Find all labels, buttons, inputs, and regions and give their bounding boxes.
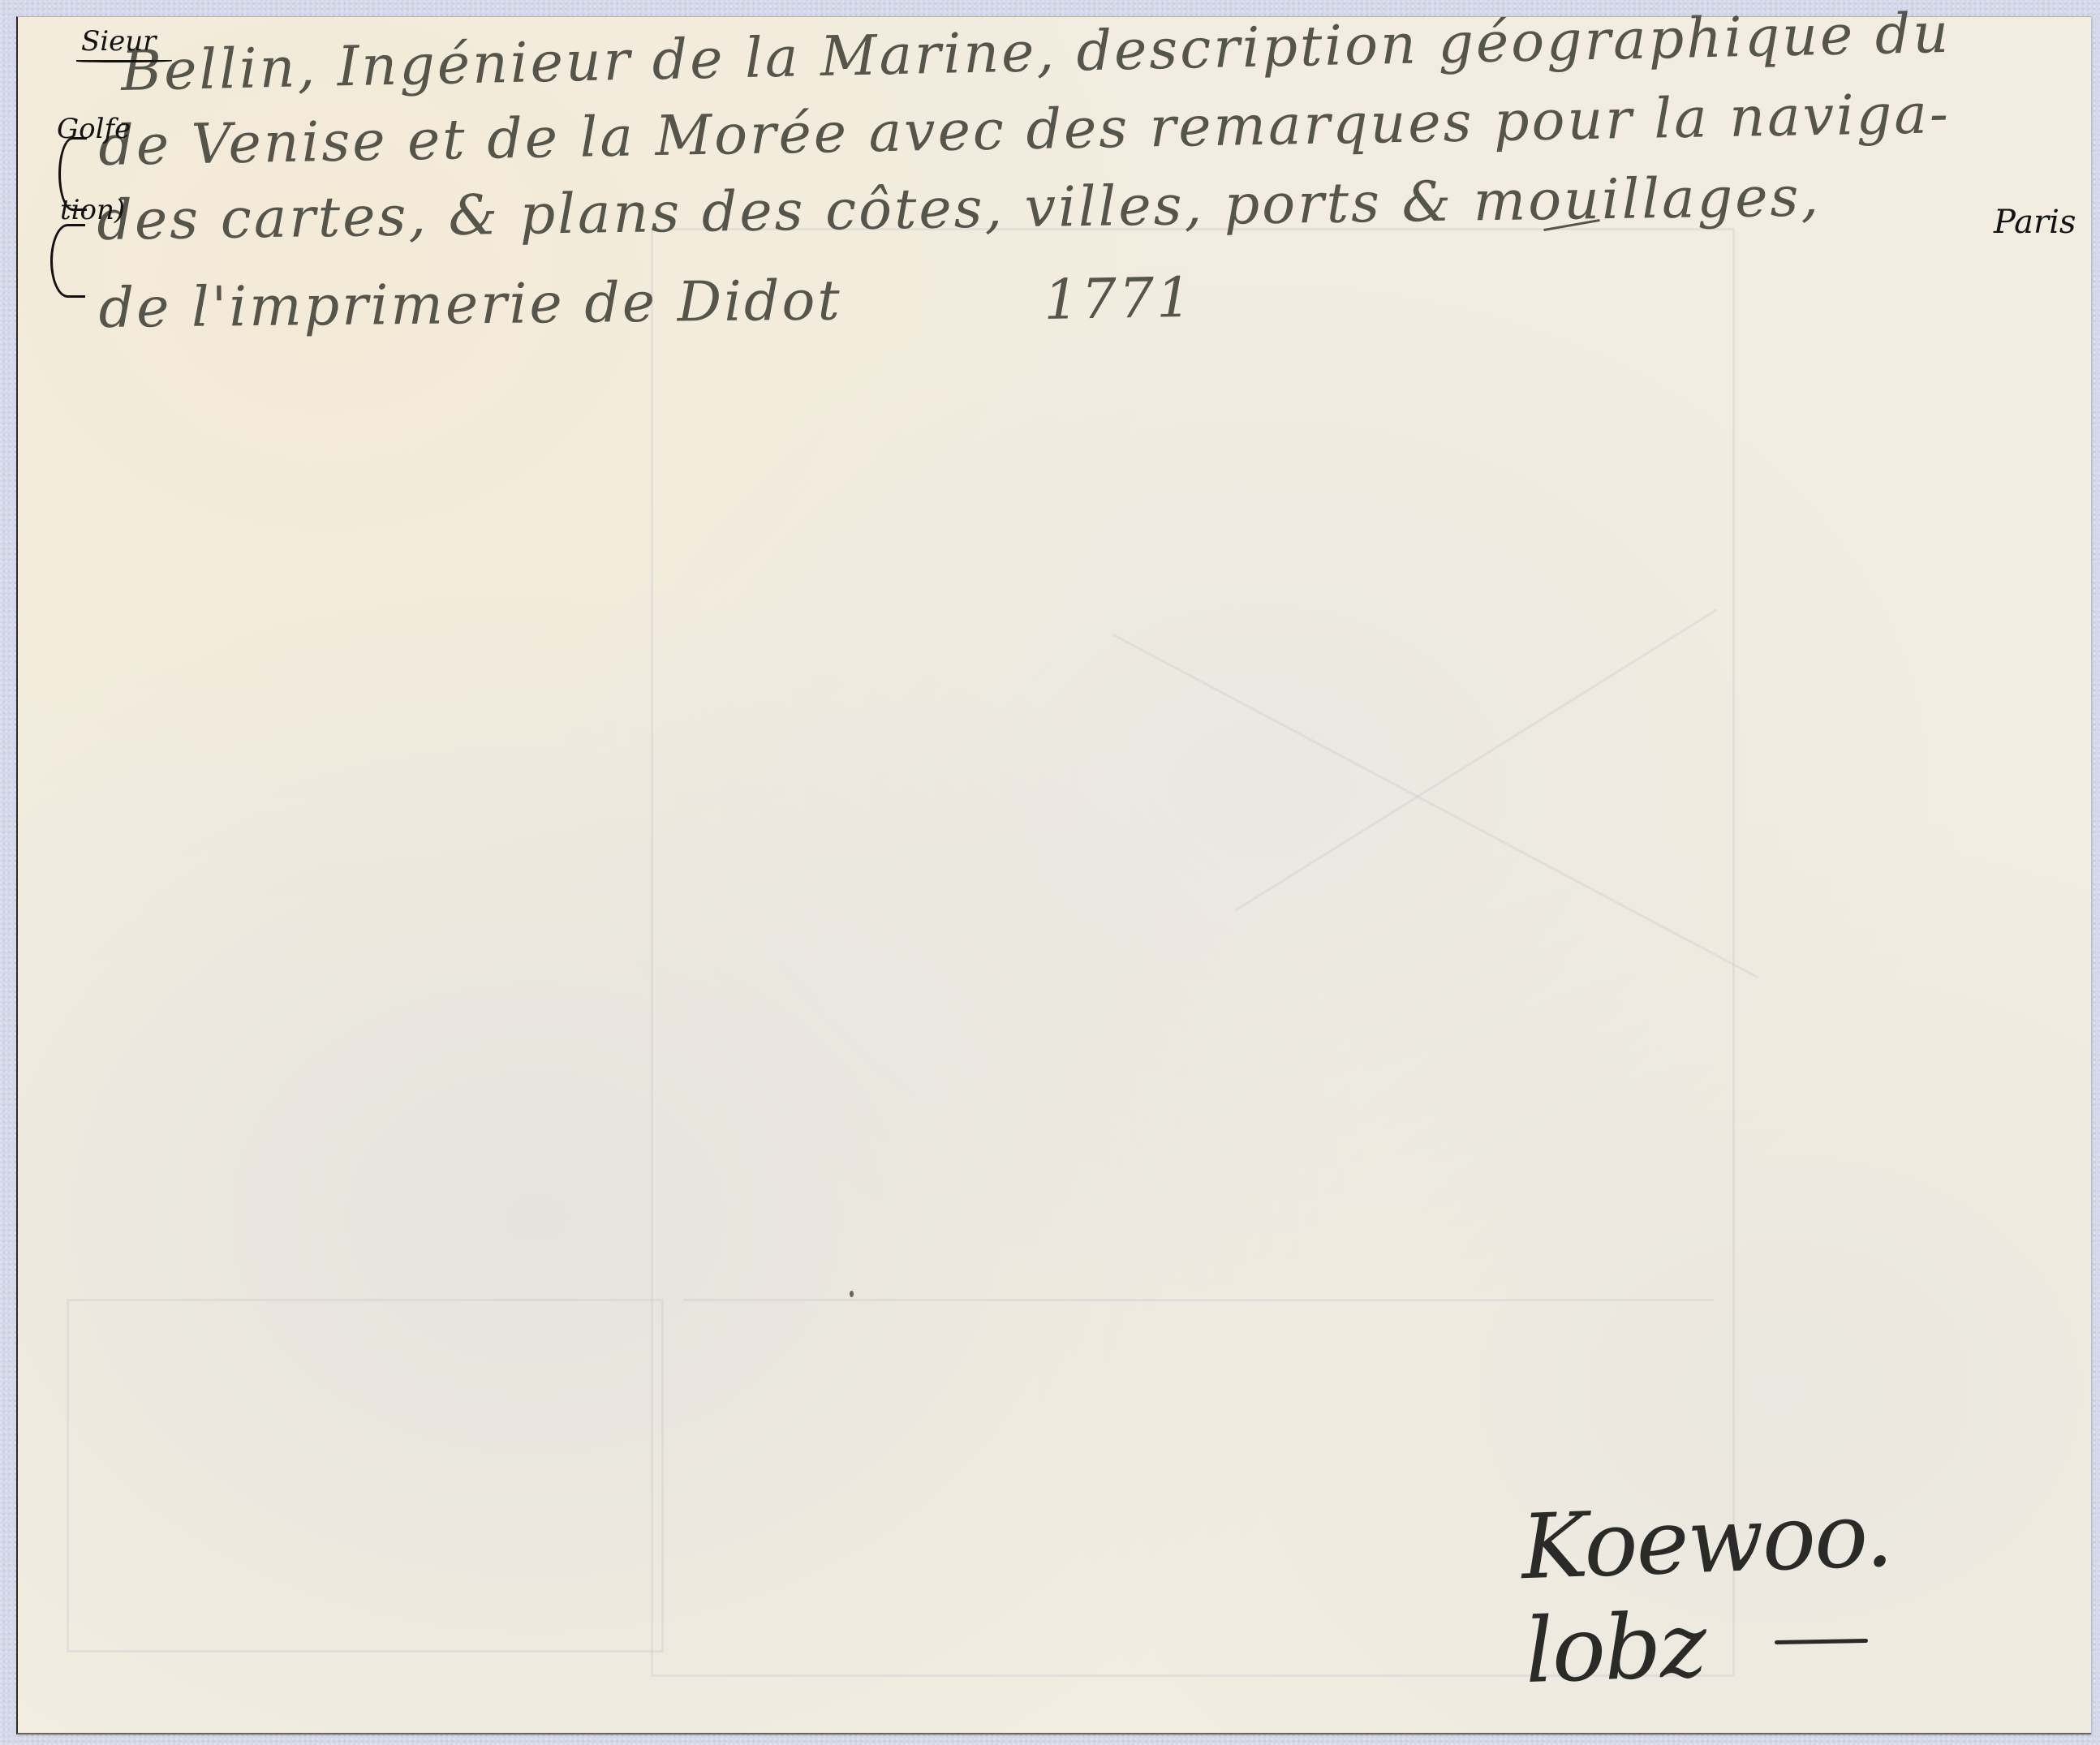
handwritten-year: 1771: [1044, 266, 1194, 333]
handwritten-line-4: de l'imprimerie de Didot: [98, 269, 842, 341]
ink-annotation-tion: tion): [60, 194, 125, 226]
ink-annotation-paris: Paris: [1994, 204, 2076, 241]
show-through-border-line: [683, 1299, 1714, 1301]
paper-speck: [850, 1291, 854, 1297]
ink-bracket-mark: [50, 224, 85, 298]
show-through-cartouche: [67, 1299, 664, 1653]
document-paper: Bellin, Ingénieur de la Marine, descript…: [16, 16, 2091, 1734]
show-through-map-frame: [651, 228, 1735, 1677]
signature: Koewoo. lobz: [1520, 1476, 2095, 1703]
ink-annotation-sieur: Sieur: [81, 25, 156, 58]
